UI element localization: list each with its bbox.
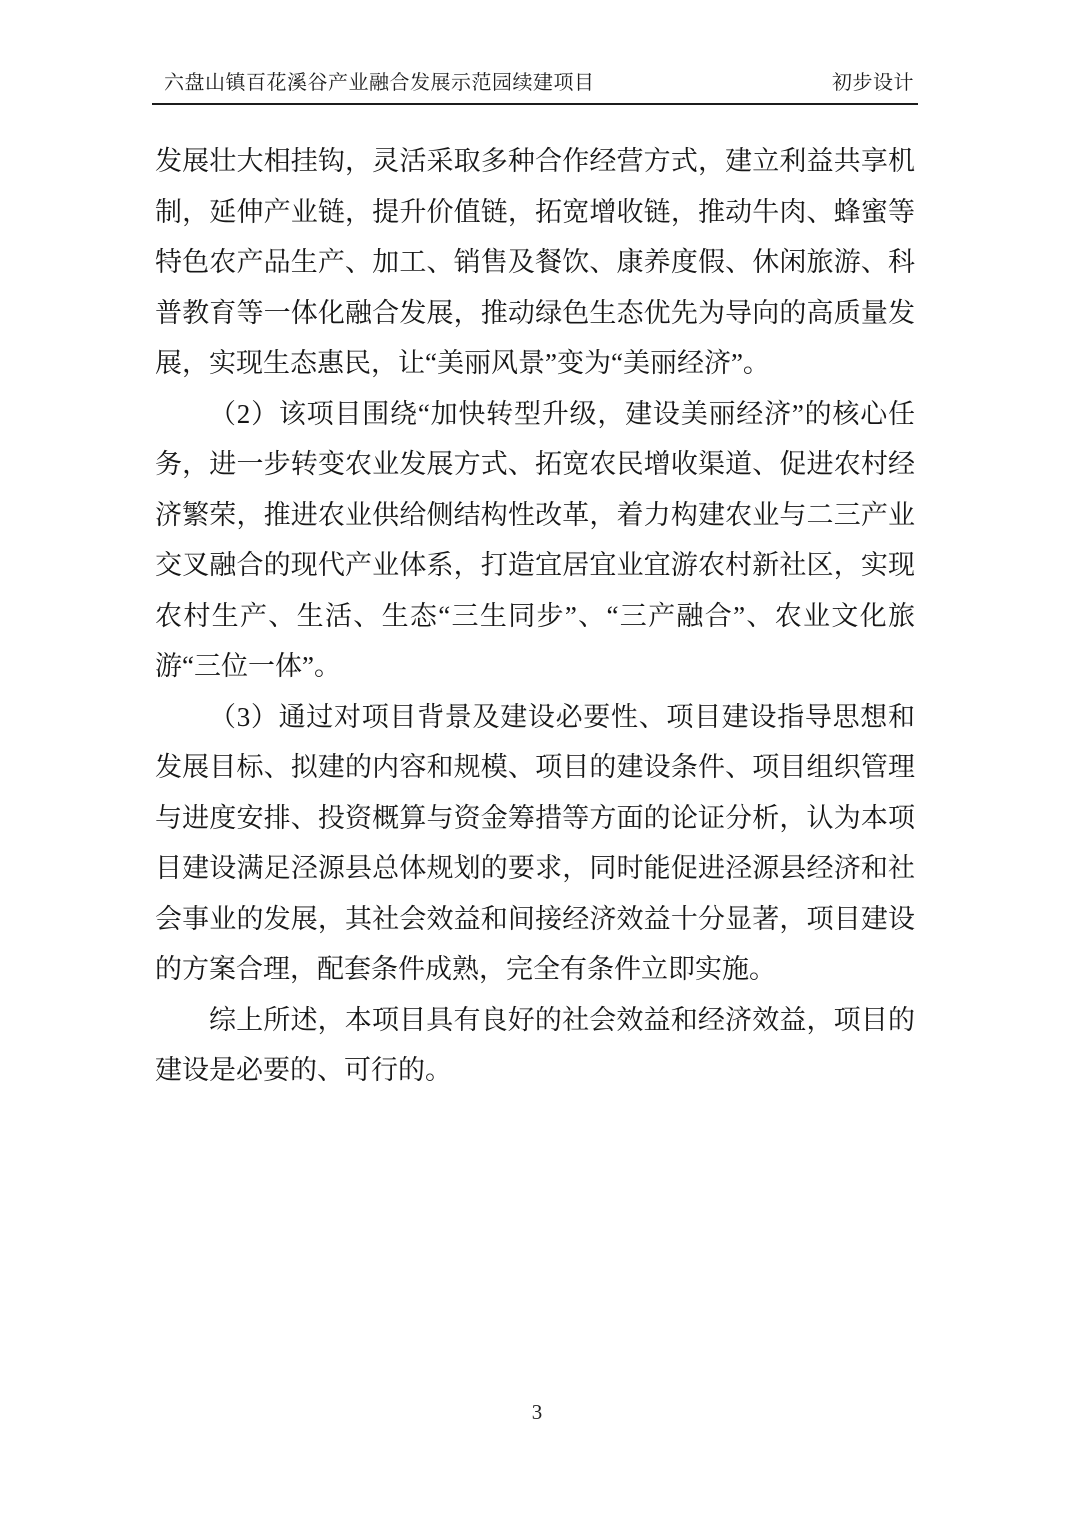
header-project-title: 六盘山镇百花溪谷产业融合发展示范园续建项目 — [152, 66, 595, 95]
paragraph: 发展壮大相挂钩，灵活采取多种合作经营方式，建立利益共享机制，延伸产业链，提升价值… — [155, 136, 915, 389]
document-body: 发展壮大相挂钩，灵活采取多种合作经营方式，建立利益共享机制，延伸产业链，提升价值… — [155, 136, 915, 1096]
paragraph: （3）通过对项目背景及建设必要性、项目建设指导思想和发展目标、拟建的内容和规模、… — [155, 692, 915, 995]
page-footer: 3 — [0, 1400, 1074, 1425]
paragraph: （2）该项目围绕“加快转型升级，建设美丽经济”的核心任务，进一步转变农业发展方式… — [155, 389, 915, 692]
document-page: 六盘山镇百花溪谷产业融合发展示范园续建项目 初步设计 发展壮大相挂钩，灵活采取多… — [0, 0, 1074, 1520]
page-header: 六盘山镇百花溪谷产业融合发展示范园续建项目 初步设计 — [152, 66, 918, 105]
page-number: 3 — [532, 1400, 543, 1424]
header-doc-type: 初步设计 — [832, 66, 918, 95]
paragraph: 综上所述，本项目具有良好的社会效益和经济效益，项目的建设是必要的、可行的。 — [155, 995, 915, 1096]
